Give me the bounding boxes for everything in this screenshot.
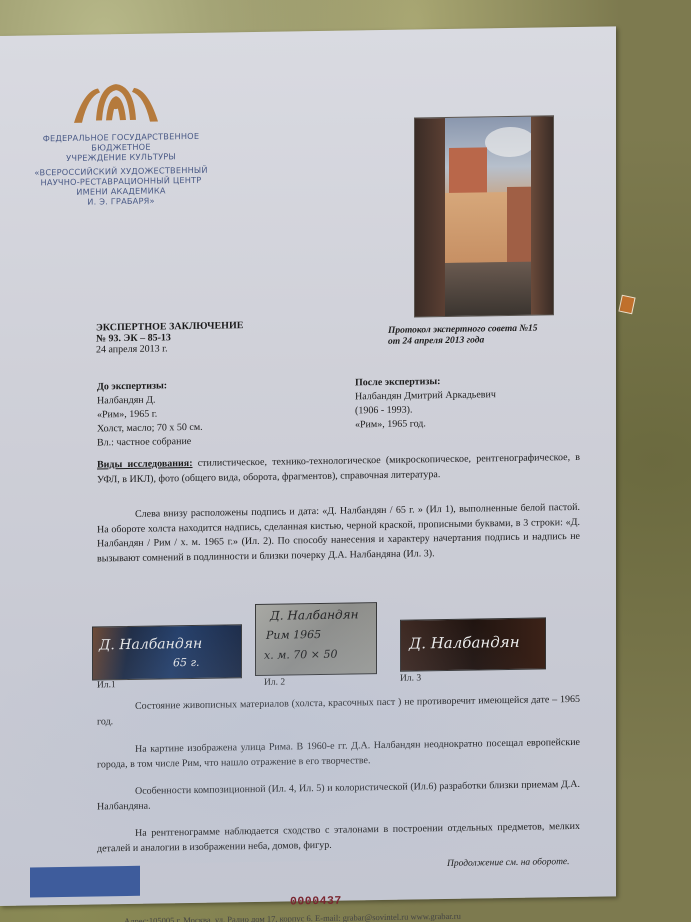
painting-photo <box>414 115 554 317</box>
institution-logo-icon <box>70 79 162 124</box>
expert-conclusion-document: ФЕДЕРАЛЬНОЕ ГОСУДАРСТВЕННОЕ БЮДЖЕТНОЕ УЧ… <box>0 26 616 906</box>
conclusion-date: 24 апреля 2013 г. <box>96 342 243 355</box>
caption-line: от 24 апреля 2013 года <box>388 335 538 348</box>
background-object <box>618 295 635 315</box>
inscription-text: х. м. 70 × 50 <box>264 648 338 662</box>
inscription-text: Д. Налбандян <box>99 636 202 654</box>
inscription-text: Рим 1965 <box>266 628 321 642</box>
before-expertise: До экспертизы: Налбандян Д. «Рим», 1965 … <box>97 379 203 451</box>
before-line: Вл.: частное собрание <box>97 435 203 451</box>
after-expertise: После экспертизы: Налбандян Дмитрий Арка… <box>355 374 496 432</box>
painting-caption: Протокол экспертного совета №15 от 24 ап… <box>388 324 538 348</box>
illustration-1-signature-photo: Д. Налбандян 65 г. <box>92 624 242 680</box>
paragraph-composition: Особенности композиционной (Ил. 4, Ил. 5… <box>97 778 580 815</box>
illustration-2-reverse-inscription-photo: Д. Налбандян Рим 1965 х. м. 70 × 50 <box>255 602 377 676</box>
serial-number: 0000437 <box>290 895 342 909</box>
after-line: «Рим», 1965 год. <box>355 416 496 432</box>
paragraph-materials: Состояние живописных материалов (холста,… <box>97 693 580 730</box>
illustration-2-label: Ил. 2 <box>264 678 285 688</box>
organization-name: ФЕДЕРАЛЬНОЕ ГОСУДАРСТВЕННОЕ БЮДЖЕТНОЕ УЧ… <box>26 131 216 208</box>
paragraph-subject: На картине изображена улица Рима. В 1960… <box>97 736 580 773</box>
illustration-3-label: Ил. 3 <box>400 673 421 683</box>
illustration-3-signature-photo: Д. Налбандян <box>400 617 546 671</box>
inscription-text: Д. Налбандян <box>270 607 358 622</box>
org-line: И. Э. ГРАБАРЯ» <box>26 195 216 208</box>
hologram-stamp <box>30 866 140 898</box>
after-line: Налбандян Дмитрий Аркадьевич <box>355 388 496 404</box>
research-types: Виды исследования: стилистическое, техни… <box>97 451 580 488</box>
inscription-text: Д. Налбандян <box>409 633 520 653</box>
conclusion-heading: ЭКСПЕРТНОЕ ЗАКЛЮЧЕНИЕ № 93. ЭК – 85-13 2… <box>96 320 243 355</box>
inscription-text: 65 г. <box>173 656 200 669</box>
paragraph-xray: На рентгенограмме наблюдается сходство с… <box>97 820 580 857</box>
research-label: Виды исследования: <box>97 458 193 471</box>
paragraph-signature: Слева внизу расположены подпись и дата: … <box>97 501 580 567</box>
illustration-1-label: Ил.1 <box>97 680 116 690</box>
continuation-note: Продолжение см. на обороте. <box>447 857 570 869</box>
footer-address: Адрес:105005 г. Москва, ул. Радио дом 17… <box>124 911 461 922</box>
